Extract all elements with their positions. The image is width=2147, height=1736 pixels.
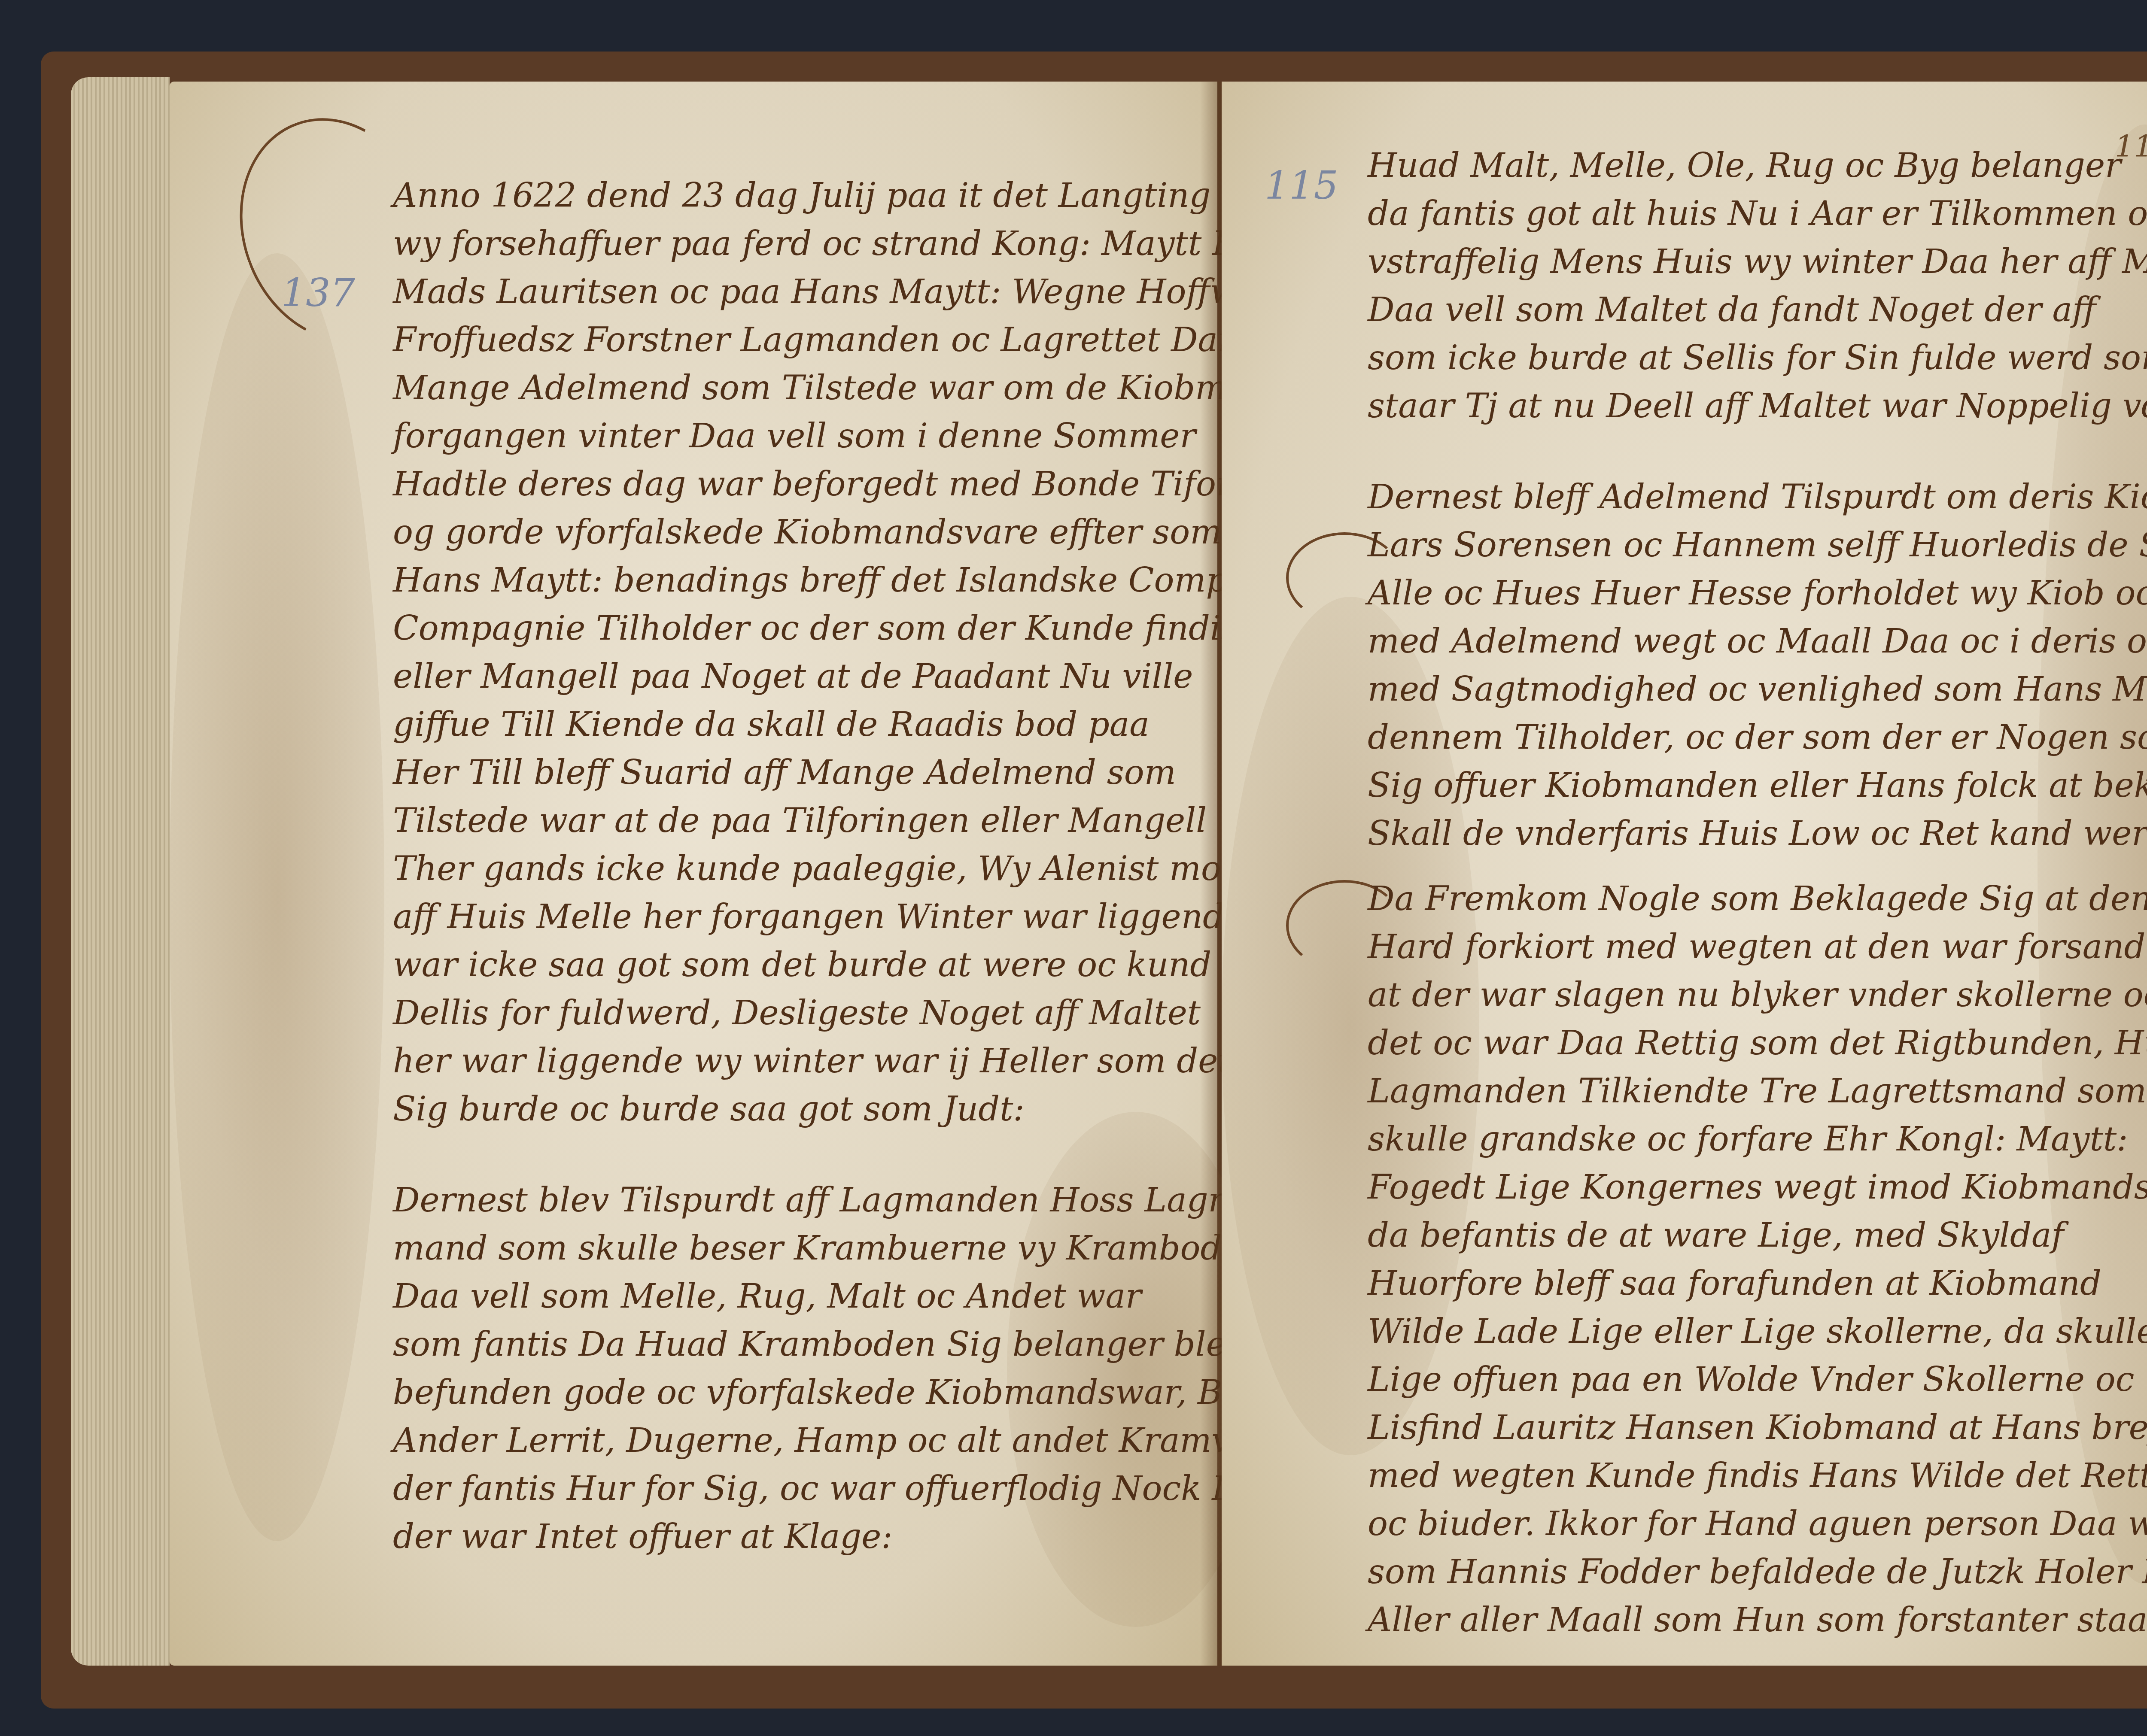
text-line: vstraffelig Mens Huis wy winter Daa her … [1368, 238, 2147, 286]
margin-number: 137 [281, 270, 355, 316]
text-line: oc biuder. Ikkor for Hand aguen person D… [1368, 1500, 2147, 1548]
text-line: med wegten Kunde findis Hans Wilde det R… [1368, 1452, 2147, 1500]
text-line: skulle grandske oc forfare Ehr Kongl: Ma… [1368, 1115, 2147, 1163]
margin-number-left: 115 [1265, 163, 1338, 208]
page-edges-left [71, 77, 170, 1666]
text-line: dennem Tilholder, oc der som der er Noge… [1368, 713, 2147, 762]
water-stain [170, 253, 384, 1541]
text-line: da befantis de at ware Lige, med Skyldaf [1368, 1211, 2147, 1260]
text-line: Skall de vnderfaris Huis Low oc Ret kand… [1368, 810, 2147, 858]
text-line: Da Fremkom Nogle som Beklagede Sig at de… [1368, 875, 2147, 923]
text-line: Lisfind Lauritz Hansen Kiobmand at Hans … [1368, 1404, 2147, 1452]
text-line: med Adelmend wegt oc Maall Daa oc i deri… [1368, 617, 2147, 665]
paragraph: Da Fremkom Nogle som Beklagede Sig at de… [1368, 875, 2147, 1644]
text-line: Lars Sorensen oc Hannem selff Huorledis … [1368, 521, 2147, 569]
text-line: Hard forkiort med wegten at den war fors… [1368, 923, 2147, 971]
text-line: Huad Malt, Melle, Ole, Rug oc Byg belang… [1368, 142, 2147, 190]
right-page: 115 115 Huad Malt, Melle, Ole, Rug oc By… [1222, 82, 2147, 1666]
text-line: det oc war Daa Rettig som det Rigtbunden… [1368, 1019, 2147, 1067]
text-line: da fantis got alt huis Nu i Aar er Tilko… [1368, 190, 2147, 238]
text-line: som icke burde at Sellis for Sin fulde w… [1368, 334, 2147, 382]
left-page: 137 Anno 1622 dend 23 dag Julij paa it d… [170, 82, 1217, 1666]
text-line: Sig offuer Kiobmanden eller Hans folck a… [1368, 762, 2147, 810]
text-line: Alle oc Hues Huer Hesse forholdet wy Kio… [1368, 569, 2147, 617]
text-line: Wilde Lade Lige eller Lige skollerne, da… [1368, 1308, 2147, 1356]
text-line: Aller aller Maall som Hun som forstanter… [1368, 1596, 2147, 1644]
text-line: Huorfore bleff saa forafunden at Kiobman… [1368, 1260, 2147, 1308]
text-line: Dernest bleff Adelmend Tilspurdt om deri… [1368, 473, 2147, 521]
text-line: at der war slagen nu blyker vnder skolle… [1368, 971, 2147, 1019]
right-text: Huad Malt, Melle, Ole, Rug oc Byg belang… [1368, 142, 2147, 1644]
text-line: Lagmanden Tilkiendte Tre Lagrettsmand so… [1368, 1067, 2147, 1115]
text-line: Lige offuen paa en Wolde Vnder Skollerne… [1368, 1356, 2147, 1404]
text-line: Daa vell som Maltet da fandt Noget der a… [1368, 286, 2147, 334]
paragraph: Dernest bleff Adelmend Tilspurdt om deri… [1368, 473, 2147, 858]
paragraph: Huad Malt, Melle, Ole, Rug oc Byg belang… [1368, 142, 2147, 430]
text-line: Fogedt Lige Kongernes wegt imod Kiobmand… [1368, 1163, 2147, 1211]
text-line: staar Tj at nu Deell aff Maltet war Nopp… [1368, 382, 2147, 430]
book: 137 Anno 1622 dend 23 dag Julij paa it d… [41, 52, 2147, 1709]
text-line: som Hannis Fodder befaldede de Jutzk Hol… [1368, 1548, 2147, 1596]
text-line: med Sagtmodighed oc venlighed som Hans M… [1368, 665, 2147, 713]
